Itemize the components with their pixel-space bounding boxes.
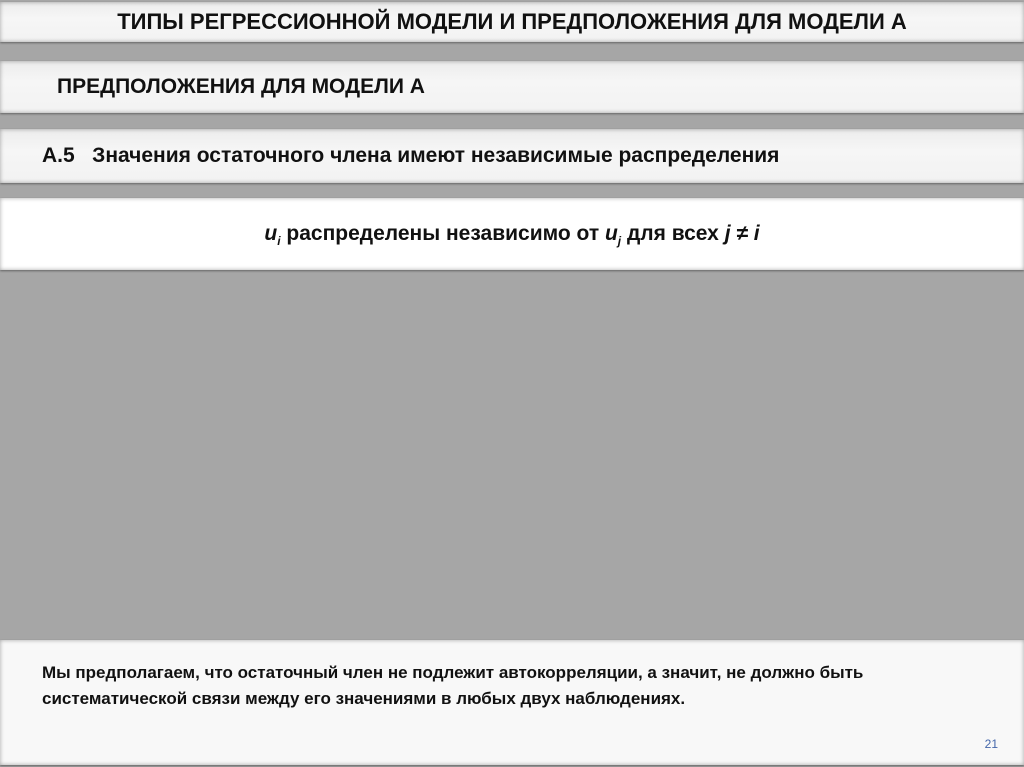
assumption-heading: А.5 Значения остаточного члена имеют нез… [0, 129, 1024, 183]
explanation-text: Мы предполагаем, что остаточный член не … [42, 660, 984, 712]
explanation-box: Мы предполагаем, что остаточный член не … [0, 640, 1024, 765]
page-number: 21 [985, 731, 998, 757]
formula-statement: ui распределены независимо от uj для все… [0, 198, 1024, 270]
section-title: ПРЕДПОЛОЖЕНИЯ ДЛЯ МОДЕЛИ А [0, 61, 1024, 113]
slide-title: ТИПЫ РЕГРЕССИОННОЙ МОДЕЛИ И ПРЕДПОЛОЖЕНИ… [0, 2, 1024, 42]
